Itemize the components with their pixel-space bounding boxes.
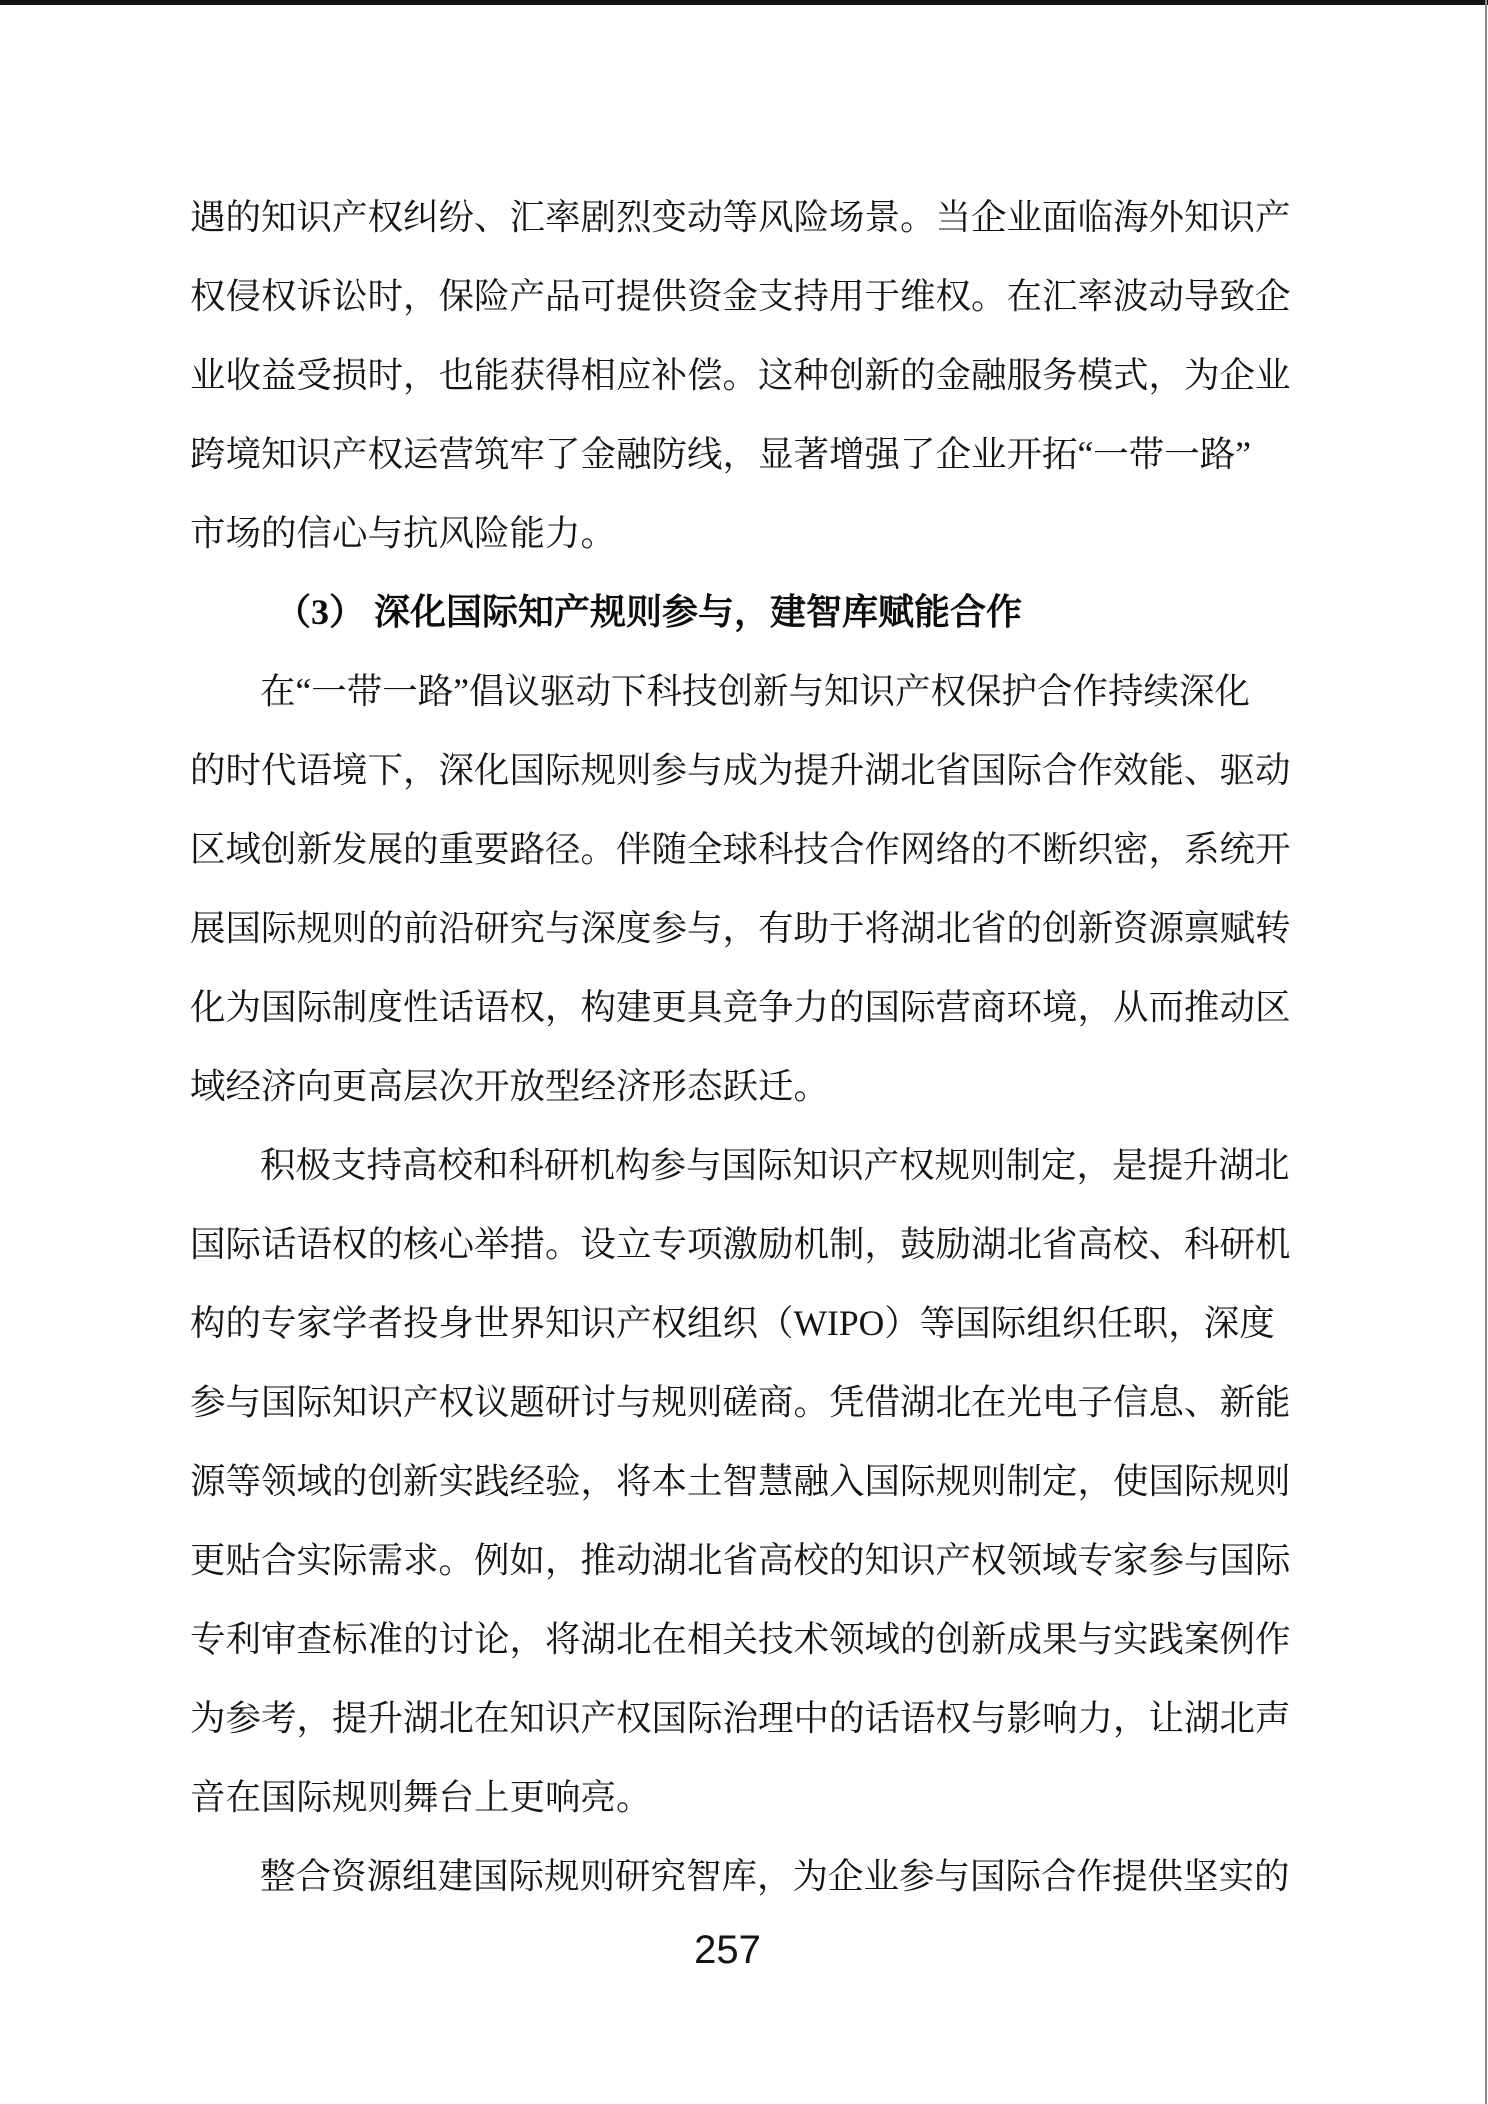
text-line: 更贴合实际需求。例如，推动湖北省高校的知识产权领域专家参与国际 — [190, 1521, 1294, 1600]
text-line: 遇的知识产权纠纷、汇率剧烈变动等风险场景。当企业面临海外知识产 — [190, 178, 1294, 257]
text-line: 积极支持高校和科研机构参与国际知识产权规则制定，是提升湖北 — [190, 1126, 1294, 1205]
text-line: 专利审查标准的讨论，将湖北在相关技术领域的创新成果与实践案例作 — [190, 1600, 1294, 1679]
text-line: 音在国际规则舞台上更响亮。 — [190, 1758, 1294, 1837]
text-line: 域经济向更高层次开放型经济形态跃迁。 — [190, 1047, 1294, 1126]
text-line: 参与国际知识产权议题研讨与规则磋商。凭借湖北在光电子信息、新能 — [190, 1363, 1294, 1442]
text-line: 在“一带一路”倡议驱动下科技创新与知识产权保护合作持续深化 — [190, 652, 1294, 731]
page-right-border — [1485, 0, 1487, 2104]
text-line: 的时代语境下，深化国际规则参与成为提升湖北省国际合作效能、驱动 — [190, 731, 1294, 810]
section-heading: （3） 深化国际知产规则参与，建智库赋能合作 — [190, 573, 1294, 652]
text-line: 构的专家学者投身世界知识产权组织（WIPO）等国际组织任职，深度 — [190, 1284, 1294, 1363]
text-line: 为参考，提升湖北在知识产权国际治理中的话语权与影响力，让湖北声 — [190, 1679, 1294, 1758]
text-line: 区域创新发展的重要路径。伴随全球科技合作网络的不断织密，系统开 — [190, 810, 1294, 889]
text-line: 展国际规则的前沿研究与深度参与，有助于将湖北省的创新资源禀赋转 — [190, 889, 1294, 968]
text-line: 化为国际制度性话语权，构建更具竞争力的国际营商环境，从而推动区 — [190, 968, 1294, 1047]
text-line: 市场的信心与抗风险能力。 — [190, 494, 1294, 573]
text-block: 遇的知识产权纠纷、汇率剧烈变动等风险场景。当企业面临海外知识产权侵权诉讼时，保险… — [190, 178, 1294, 1916]
page-number: 257 — [190, 1928, 1265, 1972]
text-line: 源等领域的创新实践经验，将本土智慧融入国际规则制定，使国际规则 — [190, 1442, 1294, 1521]
text-line: 业收益受损时，也能获得相应补偿。这种创新的金融服务模式，为企业 — [190, 336, 1294, 415]
text-line: 整合资源组建国际规则研究智库，为企业参与国际合作提供坚实的 — [190, 1837, 1294, 1916]
text-line: 跨境知识产权运营筑牢了金融防线，显著增强了企业开拓“一带一路” — [190, 415, 1294, 494]
text-line: 国际话语权的核心举措。设立专项激励机制，鼓励湖北省高校、科研机 — [190, 1205, 1294, 1284]
text-line: 权侵权诉讼时，保险产品可提供资金支持用于维权。在汇率波动导致企 — [190, 257, 1294, 336]
page-top-border — [0, 0, 1488, 5]
document-page: 遇的知识产权纠纷、汇率剧烈变动等风险场景。当企业面临海外知识产权侵权诉讼时，保险… — [0, 0, 1488, 2104]
